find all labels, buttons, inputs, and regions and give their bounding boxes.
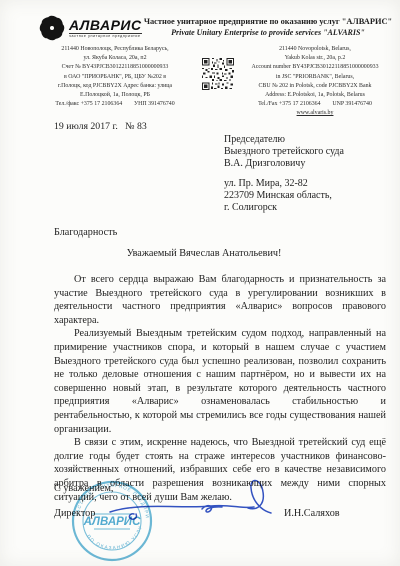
recipient-region: 223709 Минская область, [224, 190, 344, 202]
address-ru-line: ул. Якуба Коласа, 20а, п2 [22, 54, 208, 63]
company-title-ru: Частное унитарное предприятие по оказани… [142, 16, 394, 27]
body-paragraph-2: Реализуемый Выездным третейским судом по… [54, 327, 386, 436]
recipient-title: Председателю [224, 134, 344, 146]
date-and-number-line: 19 июля 2017 г. № 83 [54, 121, 147, 132]
address-ru-line: Счет № BY43PJCB30122118851000000933 [22, 63, 208, 72]
address-en-line: Yakub Kolas str., 20a, p.2 [237, 54, 393, 63]
letter-subject: Благодарность [54, 227, 117, 238]
scanned-letter-page: АЛВАРИС частное унитарное предприятие Ча… [0, 0, 400, 566]
recipient-block: Председателю Выездного третейского суда … [224, 134, 344, 214]
address-en-line: 211440 Novopolotsk, Belarus, [237, 45, 393, 54]
address-ru-line: Е.Полоцкой, 1а, Полоцк, РБ [22, 91, 208, 100]
recipient-court: Выездного третейского суда [224, 146, 344, 158]
director-signature [106, 478, 291, 530]
address-ru-line: г.Полоцк, код PJCBBY2X Адрес банка: улиц… [22, 82, 208, 91]
address-ru-line: 211440 Новополоцк, Республика Беларусь, [22, 45, 208, 54]
salutation: Уважаемый Вячеслав Анатольевич! [54, 248, 354, 259]
logo-tagline: частное унитарное предприятие [69, 33, 142, 39]
body-paragraph-1: От всего сердца выражаю Вам благодарност… [54, 273, 386, 327]
address-en-line: Account number BY43PJCB30122118851000000… [237, 63, 393, 72]
signer-name: И.Н.Саляхов [284, 508, 340, 519]
address-block-russian: 211440 Новополоцк, Республика Беларусь, … [22, 45, 208, 109]
address-ru-line: в ОАО "ПРИОРБАНК", РБ, ЦБУ №202 в [22, 73, 208, 82]
letter-body: От всего сердца выражаю Вам благодарност… [54, 273, 386, 504]
logo-wordmark: АЛВАРИС [69, 18, 142, 32]
recipient-street: ул. Пр. Мира, 32-82 [224, 178, 344, 190]
phone-unp-line-ru: Тел./факс +375 17 2106364 УНП 391476740 [22, 100, 208, 109]
website-link: www.alvaris.by [237, 109, 393, 118]
qr-code [202, 58, 234, 90]
recipient-name: В.А. Дризголовичу [224, 158, 344, 170]
address-en-line: Address: E.Polotskoi, 1a, Polotsk, Belar… [237, 91, 393, 100]
phone-unp-line-en: Tel./Fax +375 17 2106364 UNP 391476740 [237, 100, 393, 109]
recipient-city: г. Солигорск [224, 202, 344, 214]
pinwheel-logo-icon [37, 13, 67, 43]
company-title-en: Private Unitary Enterprise to provide se… [142, 27, 394, 38]
address-en-line: in JSC "PRIORBANK", Belarus, [237, 73, 393, 82]
company-logo: АЛВАРИС частное унитарное предприятие [37, 13, 142, 43]
address-block-english: 211440 Novopolotsk, Belarus, Yakub Kolas… [237, 45, 393, 119]
address-en-line: CBU № 202 in Polotsk, code PJCBBY2X Bank [237, 82, 393, 91]
letterhead-titles: Частное унитарное предприятие по оказани… [142, 16, 394, 38]
